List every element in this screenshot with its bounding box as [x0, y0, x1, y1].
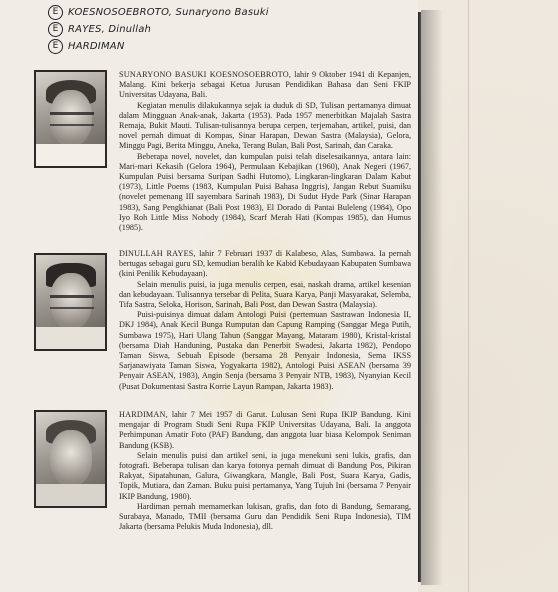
biography-entry: SUNARYONO BASUKI KOESNOSOEBROTO, lahir 9… [119, 70, 411, 233]
portrait-photo [34, 410, 107, 508]
author-name: SUNARYONO BASUKI KOESNOSOEBROTO, [119, 70, 291, 79]
biography-entry: DINULLAH RAYES, lahir 7 Februari 1937 di… [119, 249, 411, 392]
circled-letter: E [48, 22, 63, 37]
handwritten-line: E HARDIMAN [48, 38, 269, 55]
author-name: DINULLAH RAYES, [119, 249, 196, 258]
biography-paragraph: Selain menulis puisi, ia juga menulis ce… [119, 280, 411, 311]
handwritten-annotations: E KOESNOSOEBROTO, Sunaryono Basuki E RAY… [48, 4, 269, 55]
handwritten-line: E RAYES, Dinullah [48, 21, 269, 38]
handwritten-line: E KOESNOSOEBROTO, Sunaryono Basuki [48, 4, 269, 21]
circled-letter: E [48, 39, 63, 54]
author-name: HARDIMAN, [119, 410, 168, 419]
handwritten-text: KOESNOSOEBROTO, Sunaryono Basuki [68, 7, 269, 18]
glasses [50, 112, 94, 126]
handwritten-text: RAYES, Dinullah [68, 24, 151, 35]
page-edge [418, 12, 421, 582]
biography-paragraph: Hardiman pernah memamerkan lukisan, graf… [119, 502, 411, 533]
biography-paragraph: Puisi-puisinya dimuat dalam Antologi Pui… [119, 310, 411, 392]
circled-letter: E [48, 5, 63, 20]
biography-paragraph: Beberapa novel, novelet, dan kumpulan pu… [119, 152, 411, 234]
biography-entry: HARDIMAN, lahir 7 Mei 1957 di Garut. Lul… [119, 410, 411, 532]
handwritten-text: HARDIMAN [68, 41, 125, 52]
biography-paragraph: Selain menulis puisi dan artikel seni, i… [119, 451, 411, 502]
biography-paragraph: Kegiatan menulis dilakukannya sejak ia d… [119, 101, 411, 152]
portrait-photo [34, 253, 107, 351]
page-shadow [421, 10, 443, 585]
portrait-photo [34, 70, 107, 168]
glasses [50, 295, 94, 309]
scan-fold-line [468, 0, 469, 592]
